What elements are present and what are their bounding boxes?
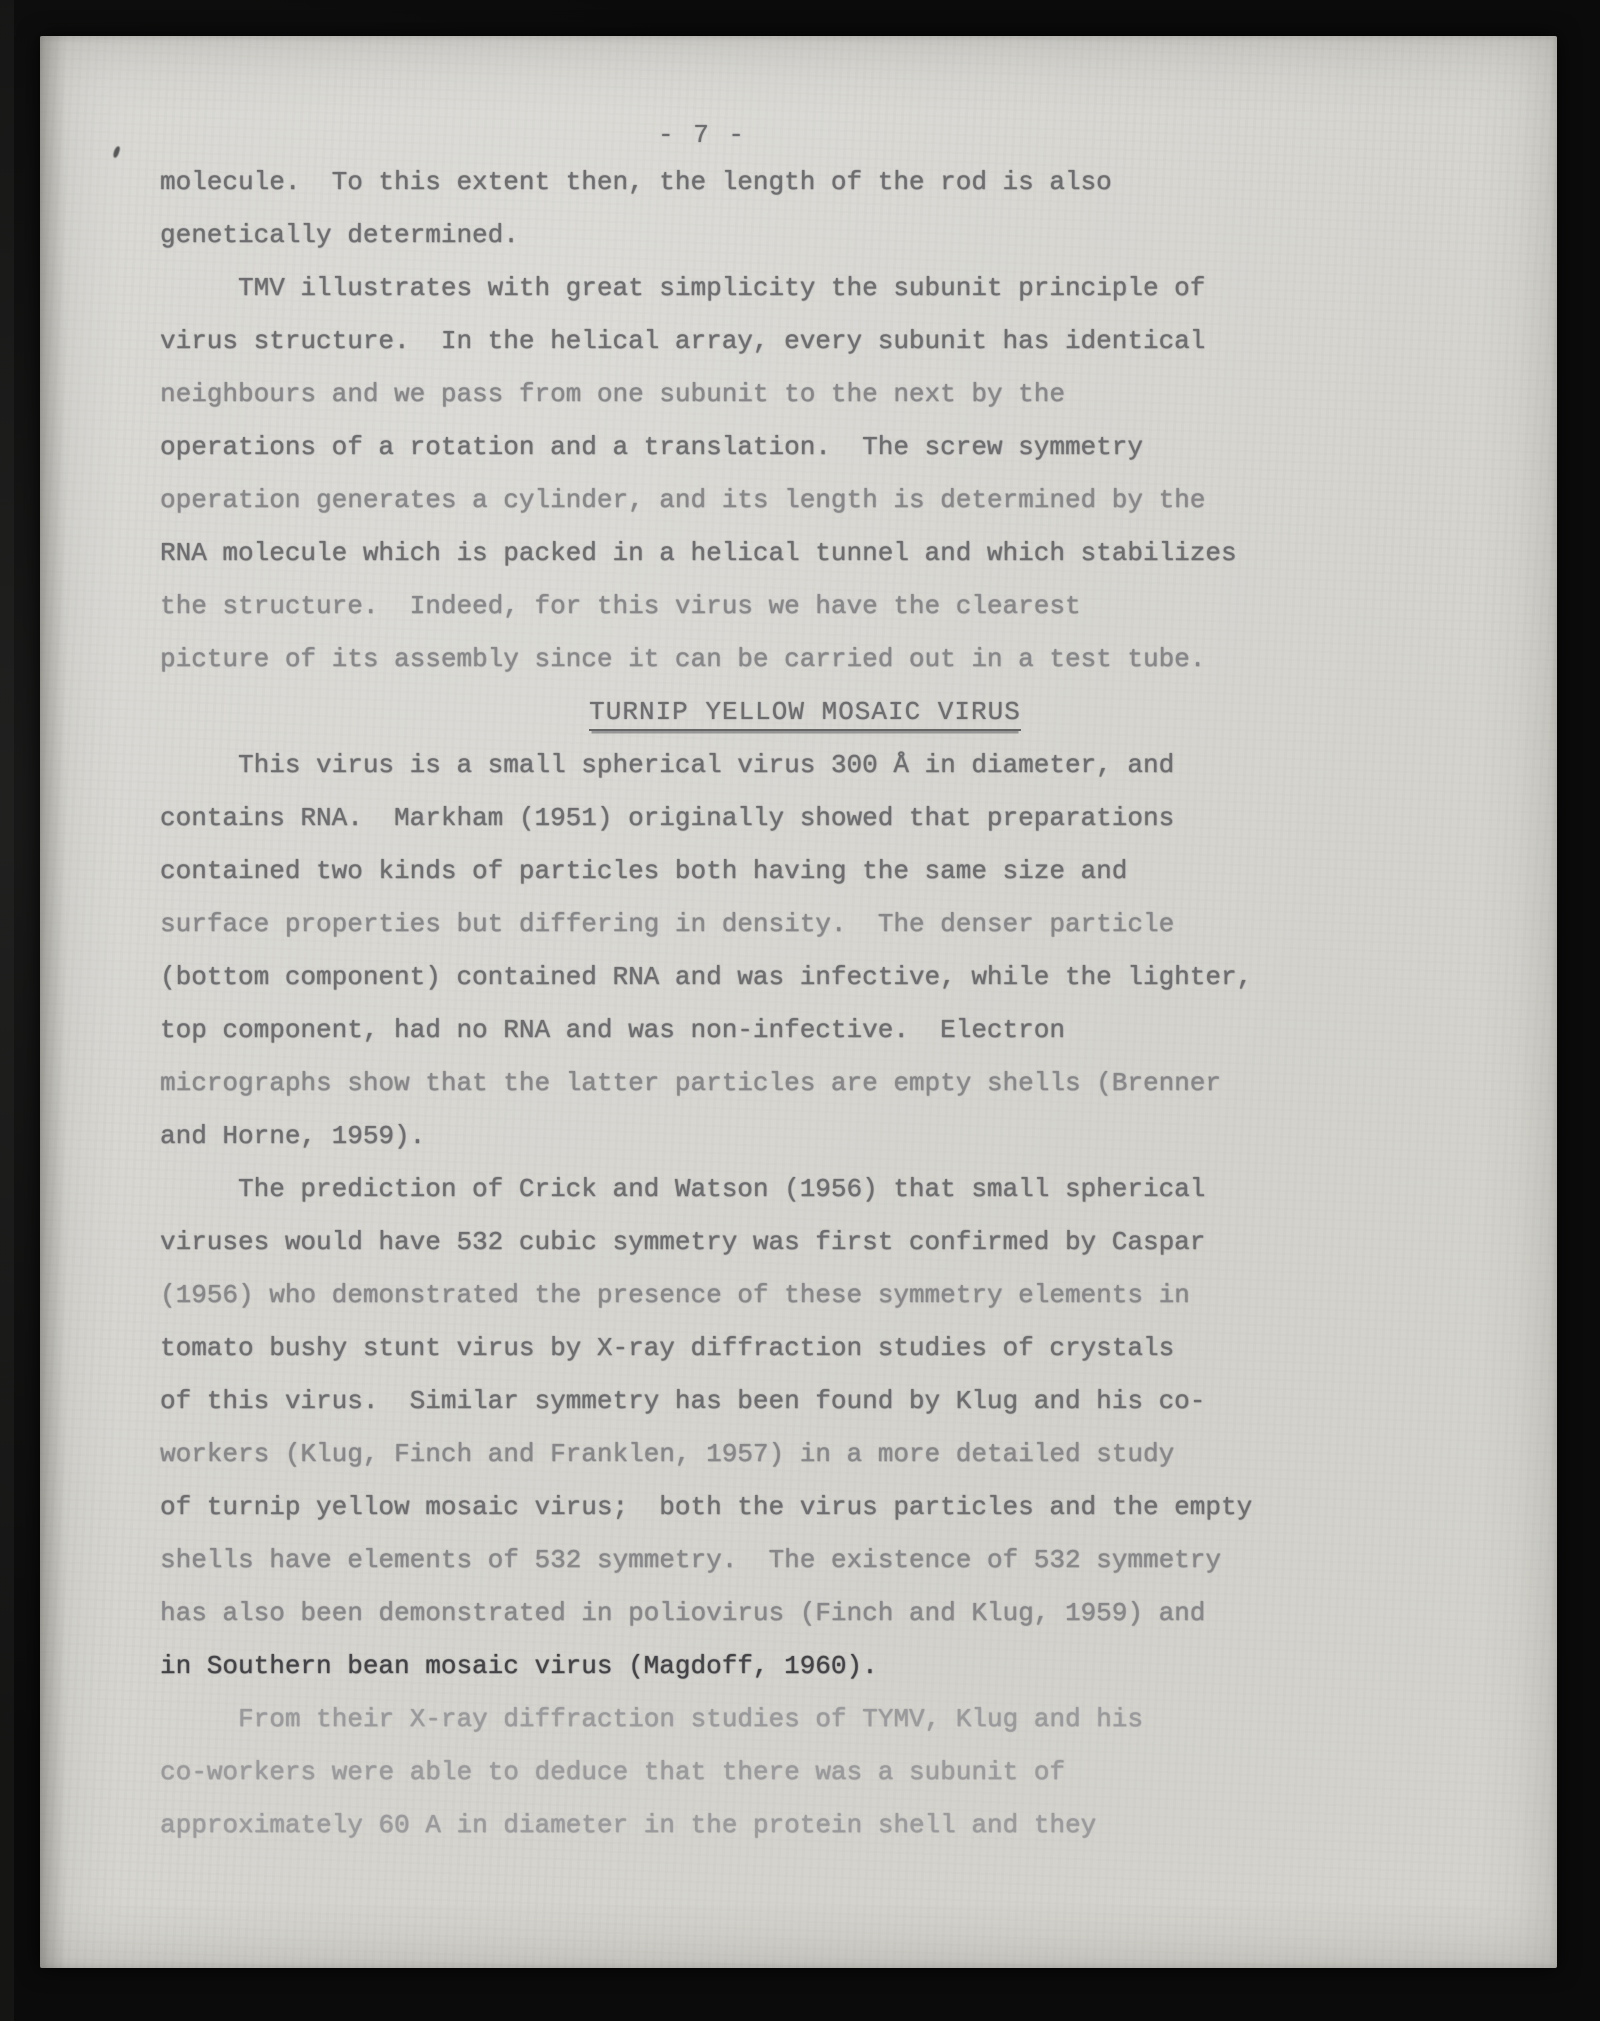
typed-line: of turnip yellow mosaic virus; both the … <box>160 1481 1340 1534</box>
scanned-document: { "document": { "page_number": "- 7 -", … <box>0 0 1600 2021</box>
page-number: - 7 - <box>122 120 1282 150</box>
typed-line: and Horne, 1959). <box>160 1110 1340 1163</box>
typed-line: top component, had no RNA and was non-in… <box>160 1004 1340 1057</box>
typed-line: neighbours and we pass from one subunit … <box>160 368 1340 421</box>
typed-line: The prediction of Crick and Watson (1956… <box>160 1163 1340 1216</box>
typed-line: operations of a rotation and a translati… <box>160 421 1340 474</box>
typed-line: tomato bushy stunt virus by X-ray diffra… <box>160 1322 1340 1375</box>
typed-line: in Southern bean mosaic virus (Magdoff, … <box>160 1640 1340 1693</box>
typed-line: workers (Klug, Finch and Franklen, 1957)… <box>160 1428 1340 1481</box>
typed-line: picture of its assembly since it can be … <box>160 633 1340 686</box>
typed-line: genetically determined. <box>160 209 1340 262</box>
typed-line: surface properties but differing in dens… <box>160 898 1340 951</box>
typed-line: contains RNA. Markham (1951) originally … <box>160 792 1340 845</box>
typed-line: RNA molecule which is packed in a helica… <box>160 527 1340 580</box>
typewritten-page: - 7 - molecule. To this extent then, the… <box>40 36 1557 1968</box>
typed-line: TMV illustrates with great simplicity th… <box>160 262 1340 315</box>
typed-line: operation generates a cylinder, and its … <box>160 474 1340 527</box>
typed-line: virus structure. In the helical array, e… <box>160 315 1340 368</box>
typed-line: co-workers were able to deduce that ther… <box>160 1746 1340 1799</box>
scanner-background: - 7 - molecule. To this extent then, the… <box>0 0 1600 2021</box>
typed-line: contained two kinds of particles both ha… <box>160 845 1340 898</box>
text-column: molecule. To this extent then, the lengt… <box>160 156 1340 1852</box>
scan-speck-mark <box>112 146 120 159</box>
typed-line: micrographs show that the latter particl… <box>160 1057 1340 1110</box>
section-heading: TURNIP YELLOW MOSAIC VIRUS <box>215 686 1395 739</box>
typed-line: approximately 60 A in diameter in the pr… <box>160 1799 1340 1852</box>
typed-line: of this virus. Similar symmetry has been… <box>160 1375 1340 1428</box>
typed-line: molecule. To this extent then, the lengt… <box>160 156 1340 209</box>
typed-line: has also been demonstrated in poliovirus… <box>160 1587 1340 1640</box>
typed-line: From their X-ray diffraction studies of … <box>160 1693 1340 1746</box>
typed-line: This virus is a small spherical virus 30… <box>160 739 1340 792</box>
typed-line: (1956) who demonstrated the presence of … <box>160 1269 1340 1322</box>
section-heading-text: TURNIP YELLOW MOSAIC VIRUS <box>589 697 1021 731</box>
typed-line: shells have elements of 532 symmetry. Th… <box>160 1534 1340 1587</box>
typed-line: viruses would have 532 cubic symmetry wa… <box>160 1216 1340 1269</box>
typed-line: (bottom component) contained RNA and was… <box>160 951 1340 1004</box>
typed-line: the structure. Indeed, for this virus we… <box>160 580 1340 633</box>
